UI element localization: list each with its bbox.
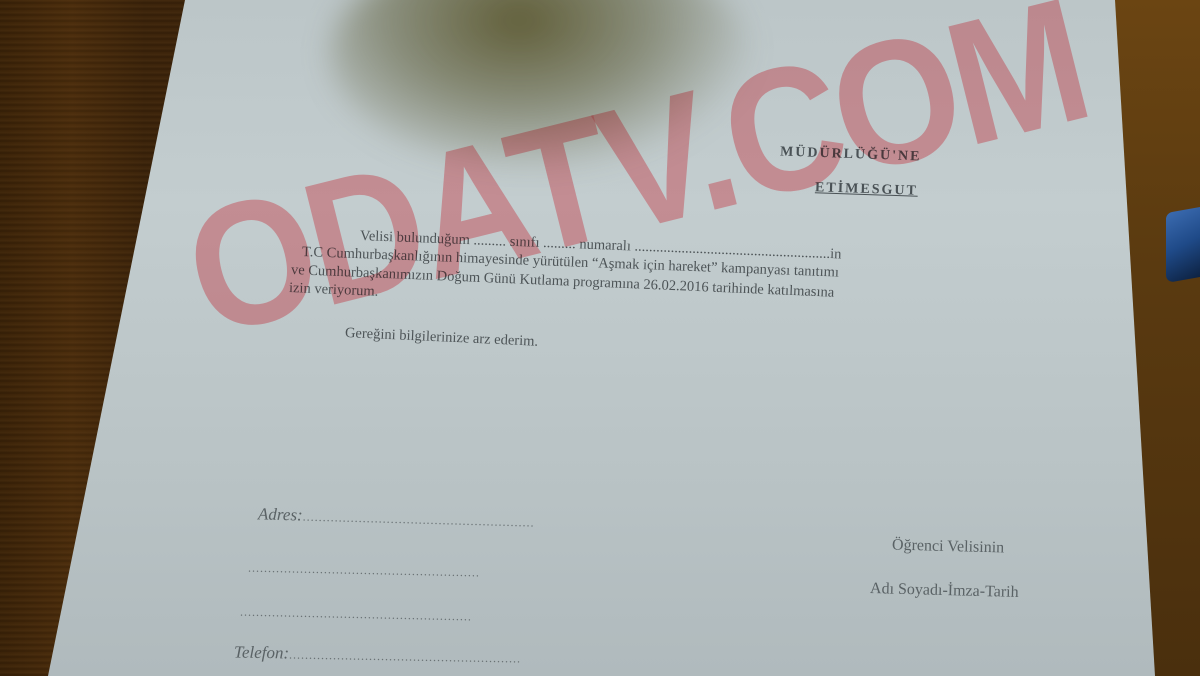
signature-line-1: Öğrenci Velisinin bbox=[892, 537, 1005, 558]
phone-label: Telefon: bbox=[234, 642, 289, 662]
phone-dots: ........................................… bbox=[289, 647, 521, 665]
address-dots: ........................................… bbox=[303, 510, 535, 530]
address-field: Adres:..................................… bbox=[258, 504, 535, 531]
address-dots-line-3: ........................................… bbox=[240, 605, 472, 625]
address-dots-line-2: ........................................… bbox=[248, 561, 480, 581]
address-label: Adres: bbox=[258, 504, 303, 524]
phone-field: Telefon:................................… bbox=[234, 642, 521, 667]
blue-object bbox=[1166, 207, 1200, 283]
signature-line-2: Adı Soyadı-İmza-Tarih bbox=[870, 580, 1019, 602]
